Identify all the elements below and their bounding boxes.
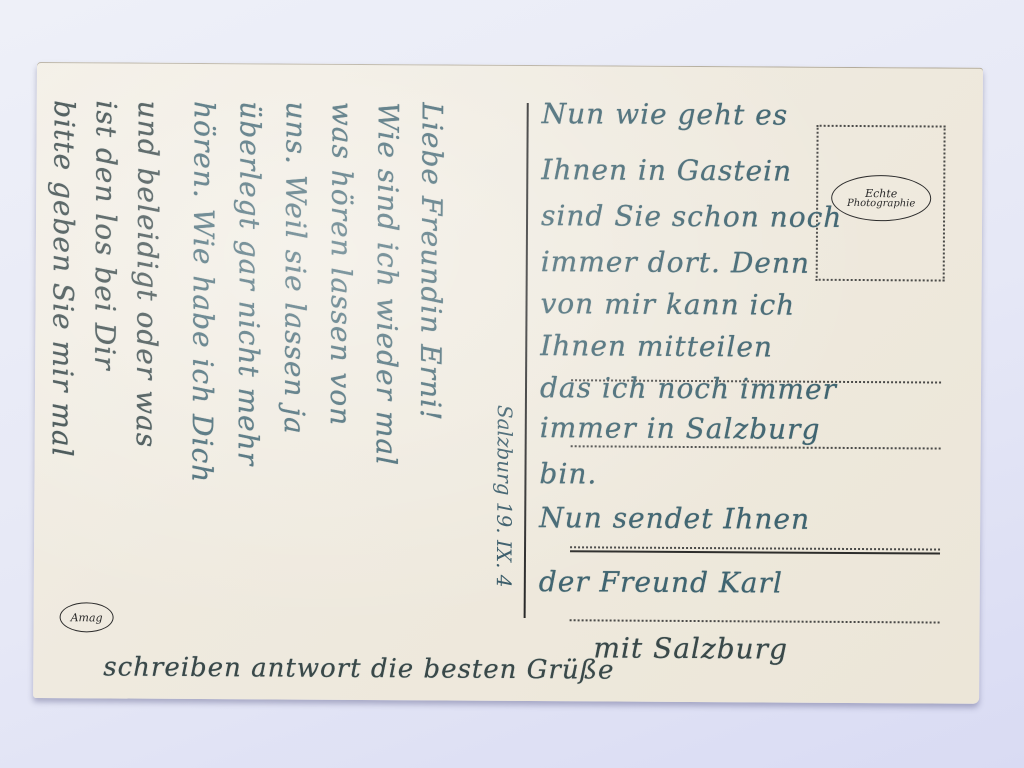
message-line: bitte geben Sie mir mal xyxy=(46,100,81,458)
message-line: Wie sind ich wieder mal xyxy=(370,102,405,466)
date: 19. IX. 4 xyxy=(492,502,517,588)
message-line: und beleidigt oder was xyxy=(130,101,165,449)
message-line: immer dort. Denn xyxy=(541,245,810,280)
message-line: immer in Salzburg xyxy=(540,411,821,446)
message-line: überlegt gar nicht mehr xyxy=(232,101,267,466)
address-line xyxy=(570,550,940,554)
echte-photographie-imprint: Echte Photographie xyxy=(831,175,931,222)
message-line: bin. xyxy=(539,457,597,490)
address-line xyxy=(571,445,941,449)
publisher-logo: Amag xyxy=(60,602,114,632)
imprint-line: Echte xyxy=(865,188,897,199)
message-line: hören. Wie habe ich Dich xyxy=(185,101,220,483)
message-line: Ihnen mitteilen xyxy=(540,329,773,363)
postcard: Liebe Freundin Erni! Wie sind ich wieder… xyxy=(33,62,983,704)
message-line: Nun sendet Ihnen xyxy=(539,501,810,536)
message-line: mit Salzburg xyxy=(593,631,788,665)
message-line: Liebe Freundin Erni! xyxy=(414,102,449,421)
message-bottom-line: schreiben antwort die besten Grüße xyxy=(103,652,614,685)
message-line: Nun wie geht es xyxy=(542,97,789,132)
publisher-logo-text: Amag xyxy=(71,611,103,624)
message-line: der Freund Karl xyxy=(539,565,783,599)
message-line: Ihnen in Gastein xyxy=(541,153,792,188)
message-line: uns. Weil sie lassen ja xyxy=(278,101,313,434)
message-line: sind Sie schon noch xyxy=(541,199,842,234)
message-line: was hören lassen von xyxy=(324,102,359,427)
imprint-line: Photographie xyxy=(847,198,915,208)
place: Salzburg xyxy=(492,405,517,496)
center-divider xyxy=(524,103,529,618)
message-line: das ich noch immer xyxy=(540,371,837,406)
place-date: Salzburg 19. IX. 4 xyxy=(492,405,517,588)
address-line xyxy=(570,619,940,623)
message-line: ist den los bei Dir xyxy=(88,100,123,370)
message-line: von mir kann ich xyxy=(540,287,795,322)
